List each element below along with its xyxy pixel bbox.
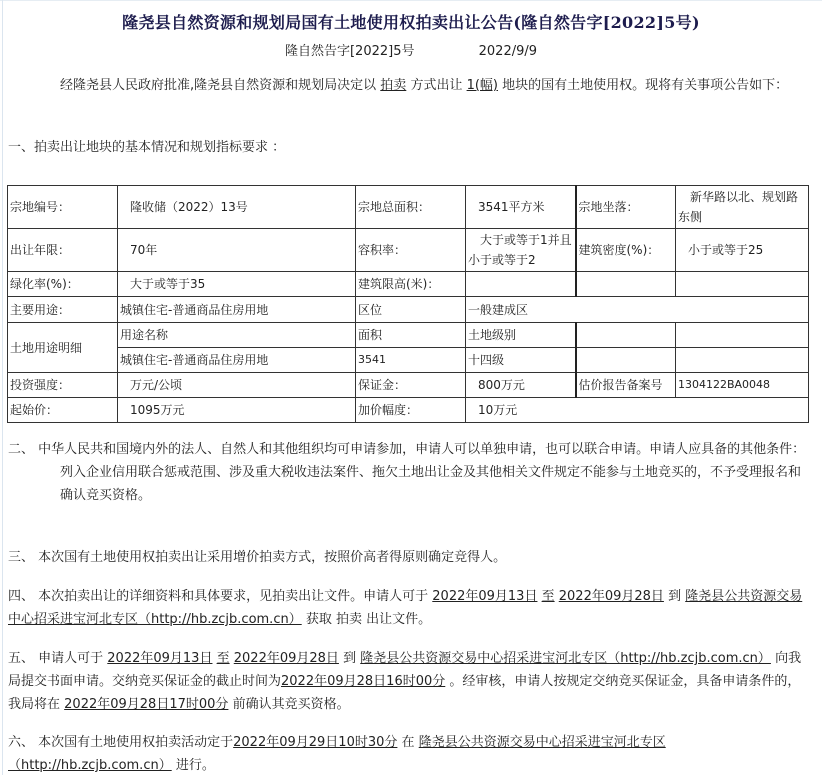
section-2-condition-text: 列入企业信用联合惩戒范围、涉及重大税收违法案件、拖欠土地出让金及其他相关文件规定… xyxy=(60,465,801,503)
intro-text-after: 地块的国有土地使用权。现将有关事项公告如下： xyxy=(502,78,788,93)
section-5: 五、 申请人可于 2022年09月13日 至 2022年09月28日 到 隆尧县… xyxy=(8,647,808,716)
section-2-condition: 列入企业信用联合惩戒范围、涉及重大税收违法案件、拖欠土地出让金及其他相关文件规定… xyxy=(8,461,808,507)
intro-method: 拍卖 xyxy=(380,78,406,93)
table-row: 宗地编号： 隆收储（2022）13号 宗地总面积： 3541平方米 宗地坐落： … xyxy=(8,186,809,229)
value-green: 大于或等于35 xyxy=(118,272,356,297)
doc-meta: 隆自然告字[2022]5号 2022/9/9 xyxy=(0,40,822,59)
s4-to: 至 xyxy=(542,589,555,604)
s6-auction-time: 2022年09月29日10时30分 xyxy=(233,735,397,750)
value-term: 70年 xyxy=(118,229,356,272)
s4-at: 到 xyxy=(668,589,681,604)
value-deposit: 800万元 xyxy=(466,373,576,398)
s6-at: 在 xyxy=(402,735,415,750)
val-use-name: 城镇住宅-普通商品住房用地 xyxy=(118,348,356,373)
s5-place-link[interactable]: 隆尧县公共资源交易中心招采进宝河北专区（http://hb.zcjb.com.c… xyxy=(360,651,771,666)
s6-after: 进行。 xyxy=(176,758,215,773)
value-far: 大于或等于1并且小于或等于2 xyxy=(466,229,576,272)
table-row: 城镇住宅-普通商品住房用地 3541 十四级 xyxy=(8,348,809,373)
s5-end-date: 2022年09月28日 xyxy=(234,651,339,666)
label-start-price: 起始价： xyxy=(8,398,118,423)
empty-cell xyxy=(676,323,809,348)
intro-text-mid: 方式出让 xyxy=(410,78,462,93)
value-height xyxy=(466,272,576,297)
empty-cell xyxy=(576,348,676,373)
plot-info-table: 宗地编号： 隆收储（2022）13号 宗地总面积： 3541平方米 宗地坐落： … xyxy=(7,185,809,423)
value-start-price: 1095万元 xyxy=(118,398,356,423)
label-increment: 加价幅度： xyxy=(356,398,466,423)
empty-cell xyxy=(676,272,809,297)
table-row: 绿化率(%)： 大于或等于35 建筑限高(米)： xyxy=(8,272,809,297)
value-location: 新华路以北、规划路东侧 xyxy=(676,186,809,229)
s5-confirm-time: 2022年09月28日17时00分 xyxy=(64,697,228,712)
intro-paragraph: 经隆尧县人民政府批准,隆尧县自然资源和规划局决定以 拍卖 方式出让 1(幅) 地… xyxy=(8,74,808,97)
head-use-area: 面积 xyxy=(356,323,466,348)
intro-text-before: 经隆尧县人民政府批准,隆尧县自然资源和规划局决定以 xyxy=(8,78,376,93)
table-row: 投资强度： 万元/公顷 保证金： 800万元 估价报告备案号 1304122BA… xyxy=(8,373,809,398)
empty-cell xyxy=(576,272,676,297)
section-2: 二、 中华人民共和国境内外的法人、自然人和其他组织均可申请参加，申请人可以单独申… xyxy=(8,438,808,507)
value-total-area: 3541平方米 xyxy=(466,186,576,229)
page-title: 隆尧县自然资源和规划局国有土地使用权拍卖出让公告(隆自然告字[2022]5号) xyxy=(0,10,822,33)
value-increment: 10万元 xyxy=(466,398,809,423)
empty-cell xyxy=(676,348,809,373)
s4-start-date: 2022年09月13日 xyxy=(432,589,537,604)
label-use-detail: 土地用途明细 xyxy=(8,323,118,373)
value-invest: 万元/公顷 xyxy=(118,373,356,398)
page-left-border xyxy=(2,0,3,775)
s6-before: 六、 本次国有土地使用权拍卖活动定于 xyxy=(8,735,233,750)
s5-deposit-deadline: 2022年09月28日16时00分 xyxy=(281,674,445,689)
doc-date: 2022/9/9 xyxy=(479,44,537,59)
label-term: 出让年限： xyxy=(8,229,118,272)
value-use: 城镇住宅-普通商品住房用地 xyxy=(118,297,356,323)
s5-before: 五、 申请人可于 xyxy=(8,651,103,666)
label-report: 估价报告备案号 xyxy=(576,373,676,398)
table-row: 起始价： 1095万元 加价幅度： 10万元 xyxy=(8,398,809,423)
s4-get: 获取 xyxy=(306,612,332,627)
label-location: 宗地坐落： xyxy=(576,186,676,229)
s5-start-date: 2022年09月13日 xyxy=(107,651,212,666)
intro-count: 1(幅) xyxy=(467,78,498,93)
val-use-area: 3541 xyxy=(356,348,466,373)
page-top-border xyxy=(0,0,822,1)
value-density: 小于或等于25 xyxy=(676,229,809,272)
value-report: 1304122BA0048 xyxy=(676,373,809,398)
value-plot-id: 隆收储（2022）13号 xyxy=(118,186,356,229)
s5-at: 到 xyxy=(343,651,356,666)
s5-to: 至 xyxy=(217,651,230,666)
section-2-text: 二、 中华人民共和国境内外的法人、自然人和其他组织均可申请参加，申请人可以单独申… xyxy=(8,438,808,461)
section1-heading: 一、拍卖出让地块的基本情况和规划指标要求 ： xyxy=(8,136,808,159)
section-3: 三、 本次国有土地使用权拍卖出让采用增价拍卖方式，按照价高者得原则确定竞得人。 xyxy=(8,546,808,569)
section-4: 四、 本次拍卖出让的详细资料和具体要求，见拍卖出让文件。申请人可于 2022年0… xyxy=(8,585,808,631)
label-total-area: 宗地总面积： xyxy=(356,186,466,229)
label-zone: 区位 xyxy=(356,297,466,323)
val-land-grade: 十四级 xyxy=(466,348,576,373)
label-deposit: 保证金： xyxy=(356,373,466,398)
label-height: 建筑限高(米)： xyxy=(356,272,466,297)
label-plot-id: 宗地编号： xyxy=(8,186,118,229)
label-density: 建筑密度(%)： xyxy=(576,229,676,272)
section-6: 六、 本次国有土地使用权拍卖活动定于2022年09月29日10时30分 在 隆尧… xyxy=(8,731,808,775)
s4-after: 出让文件。 xyxy=(366,612,431,627)
s4-end-date: 2022年09月28日 xyxy=(559,589,664,604)
label-use: 主要用途： xyxy=(8,297,118,323)
table-row: 出让年限： 70年 容积率： 大于或等于1并且小于或等于2 建筑密度(%)： 小… xyxy=(8,229,809,272)
label-green: 绿化率(%)： xyxy=(8,272,118,297)
head-land-grade: 土地级别 xyxy=(466,323,576,348)
empty-cell xyxy=(576,323,676,348)
s5-after: 前确认其竞买资格。 xyxy=(233,697,350,712)
doc-number: 隆自然告字[2022]5号 xyxy=(285,44,415,59)
table-row: 土地用途明细 用途名称 面积 土地级别 xyxy=(8,323,809,348)
s4-before: 四、 本次拍卖出让的详细资料和具体要求，见拍卖出让文件。申请人可于 xyxy=(8,589,428,604)
label-far: 容积率： xyxy=(356,229,466,272)
label-invest: 投资强度： xyxy=(8,373,118,398)
table-row: 主要用途： 城镇住宅-普通商品住房用地 区位 一般建成区 xyxy=(8,297,809,323)
value-zone: 一般建成区 xyxy=(466,297,809,323)
s4-method: 拍卖 xyxy=(336,612,362,627)
head-use-name: 用途名称 xyxy=(118,323,356,348)
